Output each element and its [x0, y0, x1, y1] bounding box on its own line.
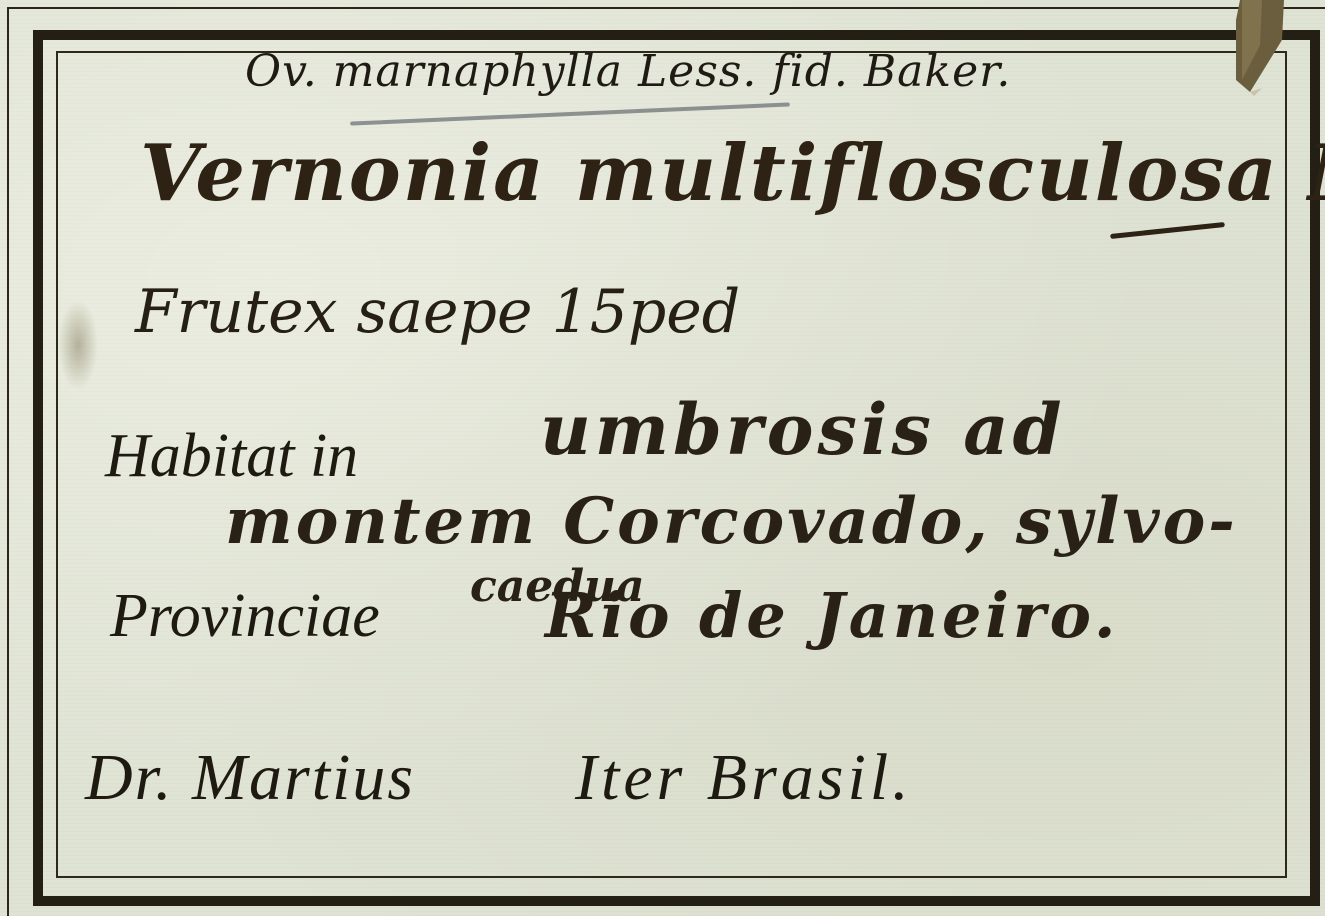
collector-printed: Dr. Martius	[85, 745, 415, 811]
habitat-line-2: montem Corcovado, sylvo-	[225, 490, 1238, 554]
species-name: Vernonia multiflosculosa Mart.	[140, 135, 1325, 213]
determination-note: Ov. marnaphylla Less. fid. Baker.	[245, 50, 1011, 94]
habitat-line-1: umbrosis ad	[540, 395, 1066, 465]
province-value: Rio de Janeiro.	[545, 585, 1120, 647]
habitat-printed-label: Habitat in	[105, 425, 358, 487]
mounting-pin-icon	[1232, 0, 1292, 100]
paper-stain	[58, 300, 98, 390]
habit-note: Frutex saepe 15ped	[135, 282, 740, 342]
expedition-printed: Iter Brasil.	[575, 745, 913, 811]
province-printed-label: Provinciae	[110, 585, 380, 647]
